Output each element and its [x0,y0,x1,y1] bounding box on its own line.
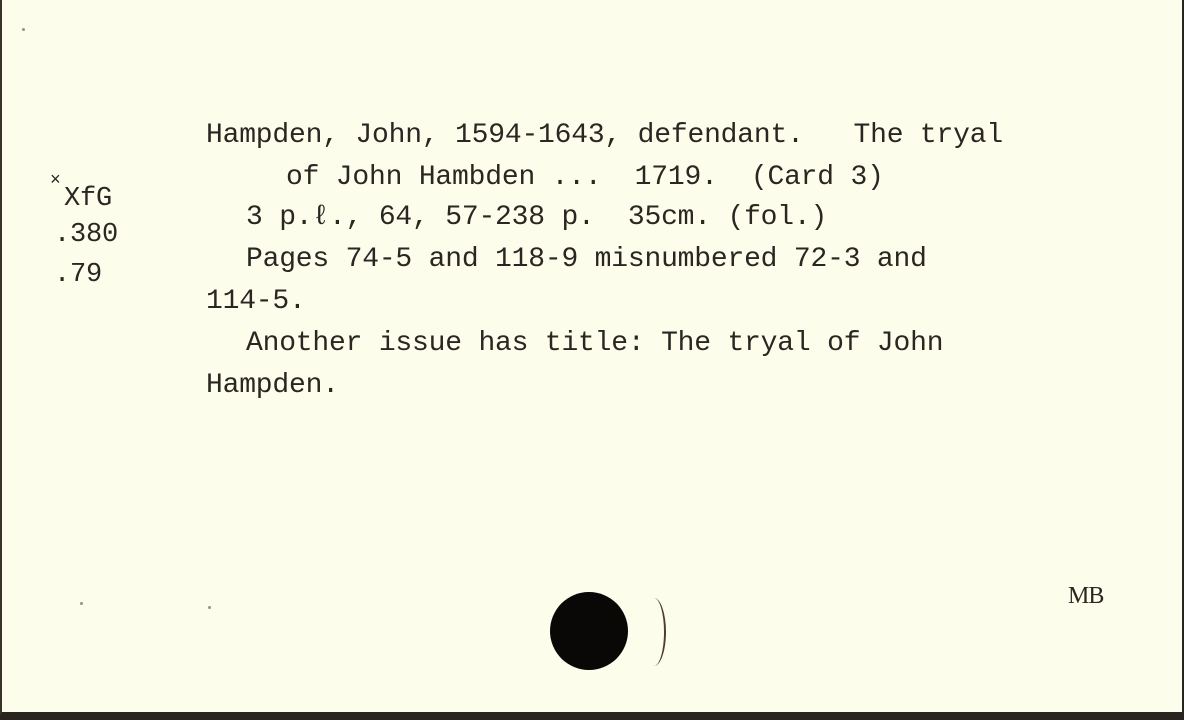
call-number-line-2: .380 [54,222,118,249]
heading-line: Hampden, John, 1594-1643, defendant. The… [206,122,1003,150]
call-number: × XfG .380 .79 [50,176,114,338]
call-number-line-3: .79 [54,262,102,289]
note-line-3: Another issue has title: The tryal of Jo… [246,330,943,358]
collation-line: 3 p.ℓ., 64, 57-238 p. 35cm. (fol.) [246,204,827,232]
hole-edge-mark [642,598,666,666]
library-code: MB [1068,584,1103,608]
catalog-card: × XfG .380 .79 Hampden, John, 1594-1643,… [0,0,1182,716]
oversize-mark: × [50,172,61,190]
speck [80,602,83,605]
title-line: of John Hambden ... 1719. (Card 3) [286,164,884,192]
call-number-line-1: XfG [64,186,112,213]
speck [22,28,25,31]
speck [208,606,211,609]
punch-hole [550,592,628,670]
note-line-4: Hampden. [206,372,339,400]
note-line-2: 114-5. [206,288,306,316]
note-line-1: Pages 74-5 and 118-9 misnumbered 72-3 an… [246,246,927,274]
